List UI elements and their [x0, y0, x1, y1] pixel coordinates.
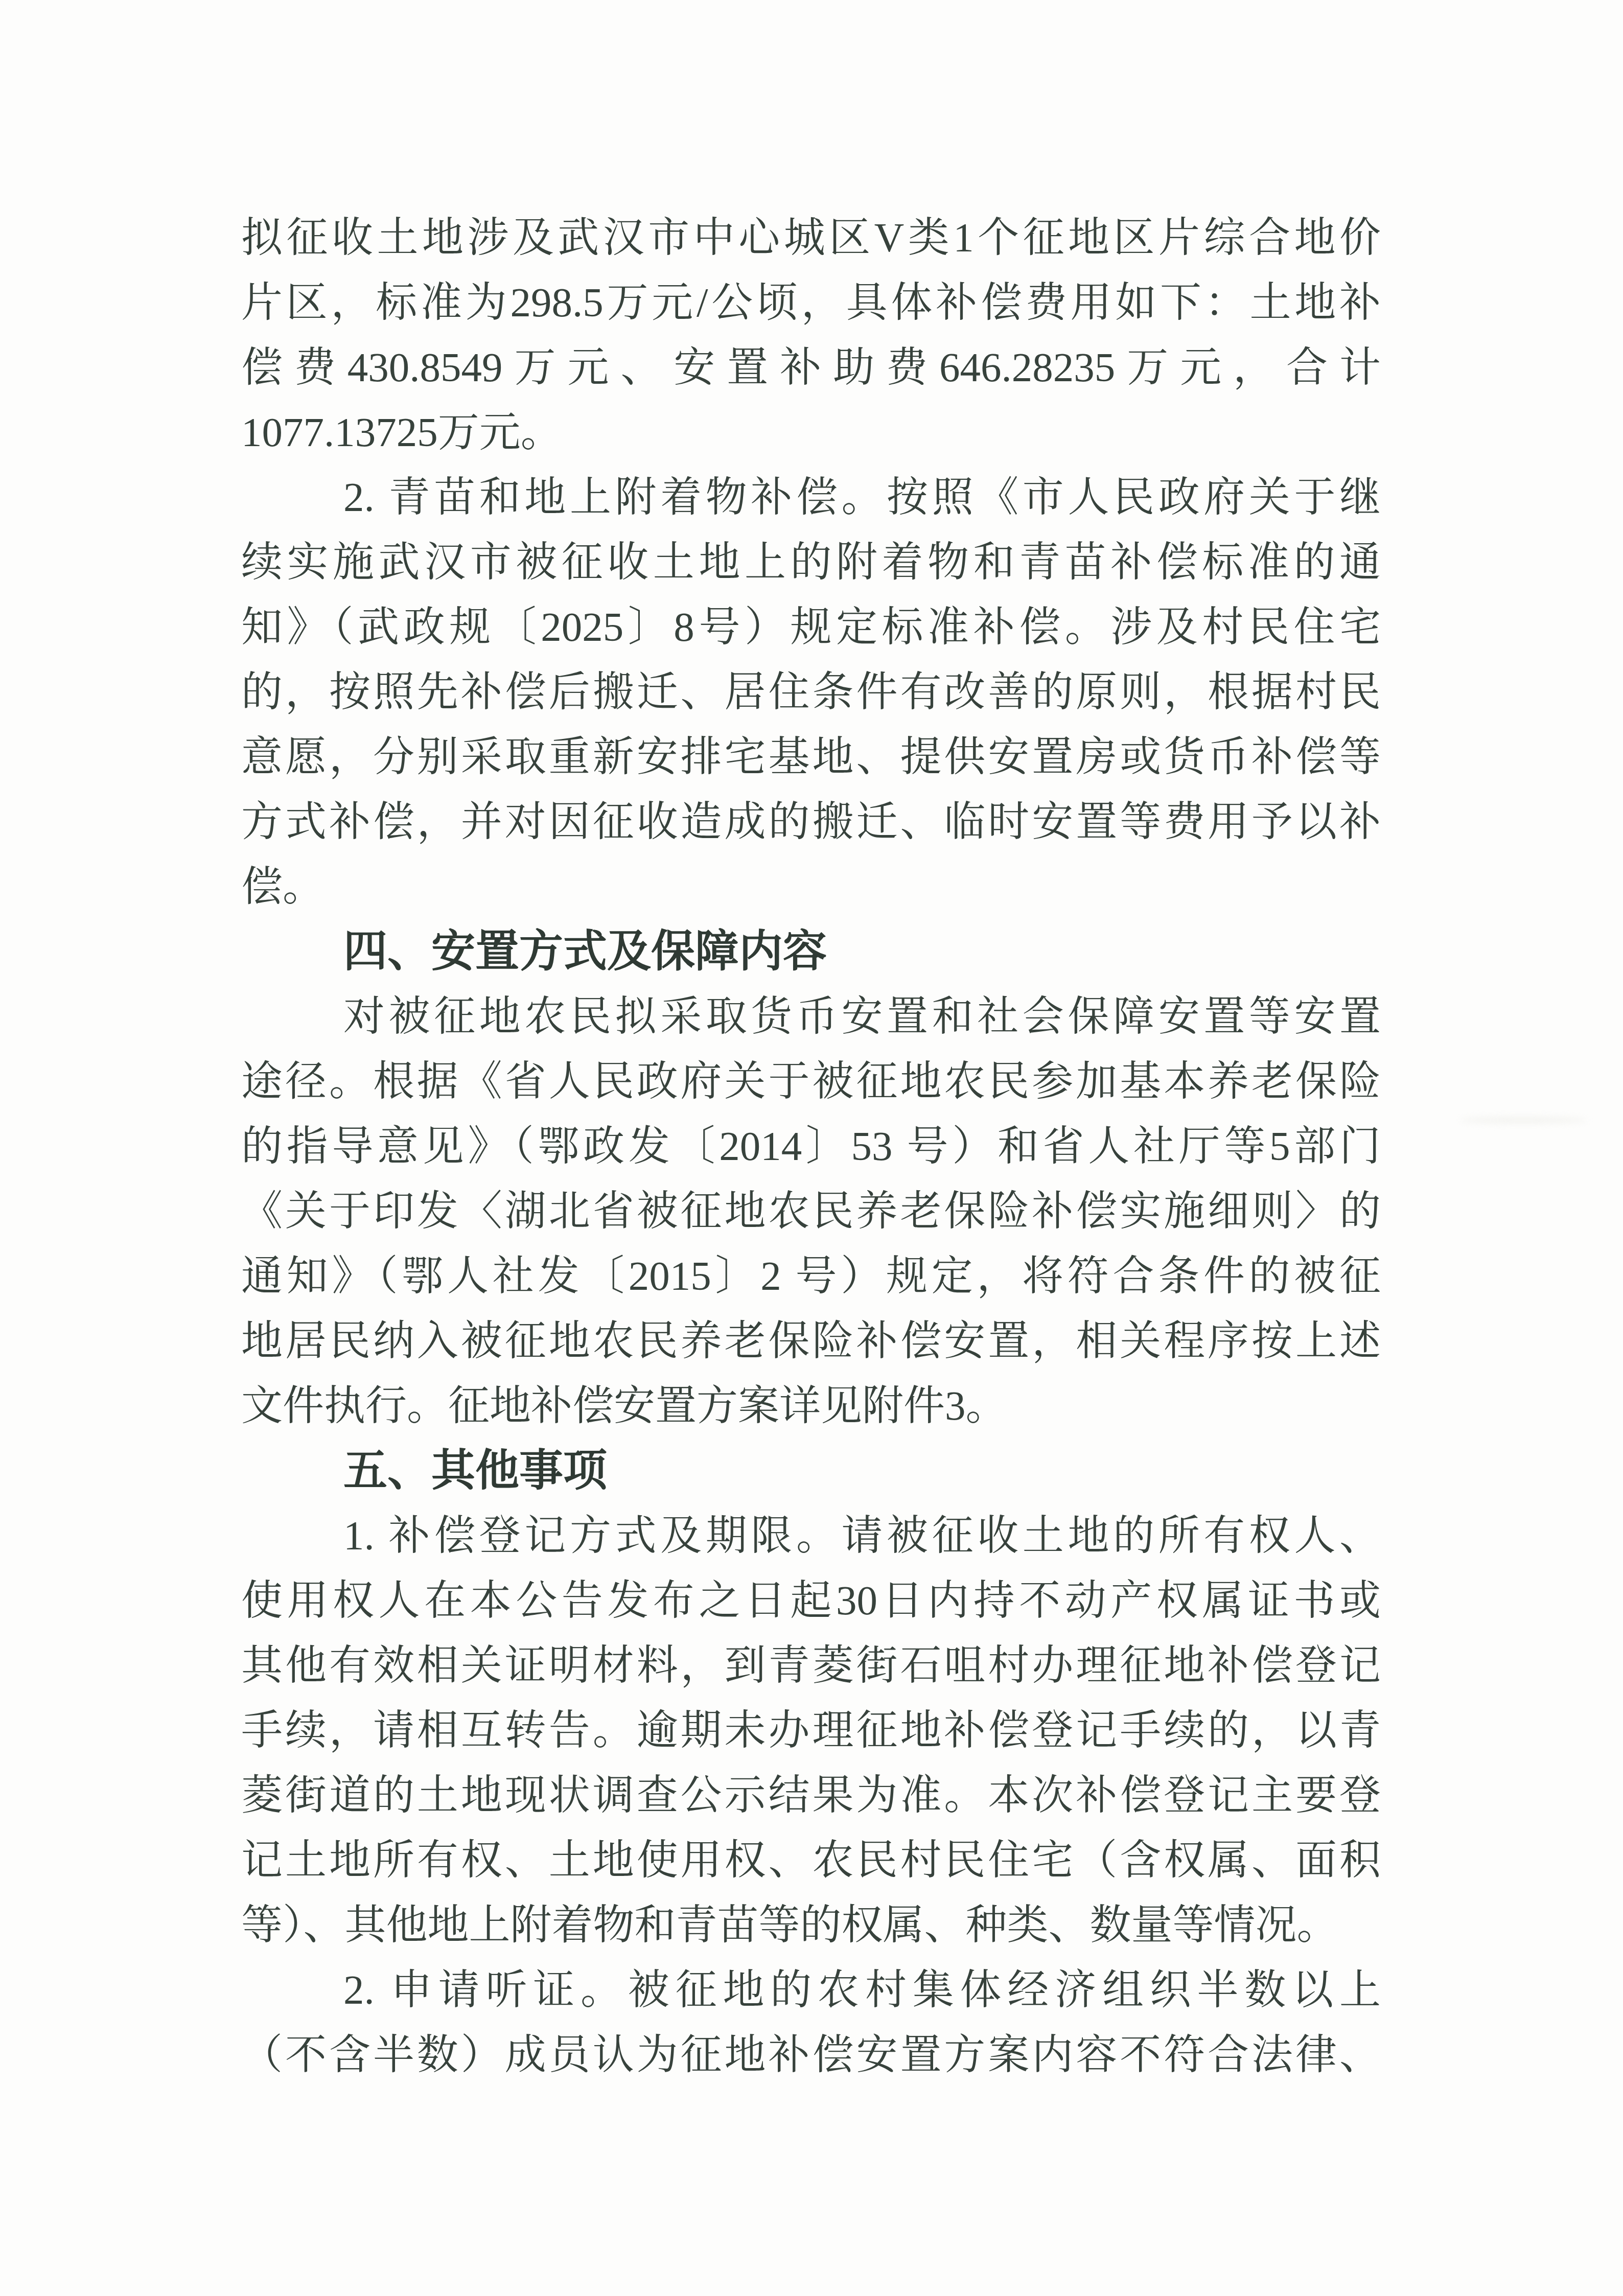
text-line: 1. 补偿登记方式及期限。请被征收土地的所有权人、 — [241, 1503, 1381, 1568]
text-line: 意愿，分别采取重新安排宅基地、提供安置房或货币补偿等 — [241, 725, 1381, 790]
text-line: 《关于印发〈湖北省被征地农民养老保险补偿实施细则〉的 — [241, 1179, 1381, 1244]
text-line: 文件执行。征地补偿安置方案详见附件3。 — [241, 1374, 1381, 1439]
text-line: 菱街道的土地现状调查公示结果为准。本次补偿登记主要登 — [241, 1763, 1381, 1828]
text-line: 手续，请相互转告。逾期未办理征地补偿登记手续的，以青 — [241, 1698, 1381, 1763]
text-line: 地居民纳入被征地农民养老保险补偿安置，相关程序按上述 — [241, 1309, 1381, 1374]
text-line: 偿费430.8549万元、安置补助费646.28235万元，合计 — [241, 335, 1381, 400]
text-line: 途径。根据《省人民政府关于被征地农民参加基本养老保险 — [241, 1049, 1381, 1114]
text-line: 记土地所有权、土地使用权、农民村民住宅（含权属、面积 — [241, 1828, 1381, 1893]
document-page: 拟征收土地涉及武汉市中心城区V类1个征地区片综合地价片区，标准为298.5万元/… — [0, 0, 1623, 2296]
text-line: 续实施武汉市被征收土地上的附着物和青苗补偿标准的通 — [241, 530, 1381, 595]
section-heading: 四、安置方式及保障内容 — [241, 919, 1381, 984]
text-line: 的指导意见》（鄂政发〔2014〕53 号）和省人社厅等5部门 — [241, 1114, 1381, 1179]
text-line: 使用权人在本公告发布之日起30日内持不动产权属证书或 — [241, 1568, 1381, 1633]
section-heading: 五、其他事项 — [241, 1439, 1381, 1503]
text-line: 1077.13725万元。 — [241, 400, 1381, 465]
text-line: 片区，标准为298.5万元/公顷，具体补偿费用如下：土地补 — [241, 270, 1381, 335]
text-line: 偿。 — [241, 854, 1381, 919]
text-line: 通知》（鄂人社发〔2015〕2 号）规定，将符合条件的被征 — [241, 1244, 1381, 1309]
text-line: 其他有效相关证明材料，到青菱街石咀村办理征地补偿登记 — [241, 1633, 1381, 1698]
text-line: （不含半数）成员认为征地补偿安置方案内容不符合法律、 — [241, 2023, 1381, 2088]
text-line: 方式补偿，并对因征收造成的搬迁、临时安置等费用予以补 — [241, 790, 1381, 854]
scan-smudge — [1459, 1117, 1587, 1123]
text-line: 对被征地农民拟采取货币安置和社会保障安置等安置 — [241, 984, 1381, 1049]
text-line: 等）、其他地上附着物和青苗等的权属、种类、数量等情况。 — [241, 1893, 1381, 1958]
document-text: 拟征收土地涉及武汉市中心城区V类1个征地区片综合地价片区，标准为298.5万元/… — [241, 205, 1381, 2088]
text-line: 拟征收土地涉及武汉市中心城区V类1个征地区片综合地价 — [241, 205, 1381, 270]
text-line: 的，按照先补偿后搬迁、居住条件有改善的原则，根据村民 — [241, 660, 1381, 725]
text-line: 2. 青苗和地上附着物补偿。按照《市人民政府关于继 — [241, 465, 1381, 530]
text-line: 知》（武政规〔2025〕8号）规定标准补偿。涉及村民住宅 — [241, 595, 1381, 660]
text-line: 2. 申请听证。被征地的农村集体经济组织半数以上 — [241, 1958, 1381, 2023]
